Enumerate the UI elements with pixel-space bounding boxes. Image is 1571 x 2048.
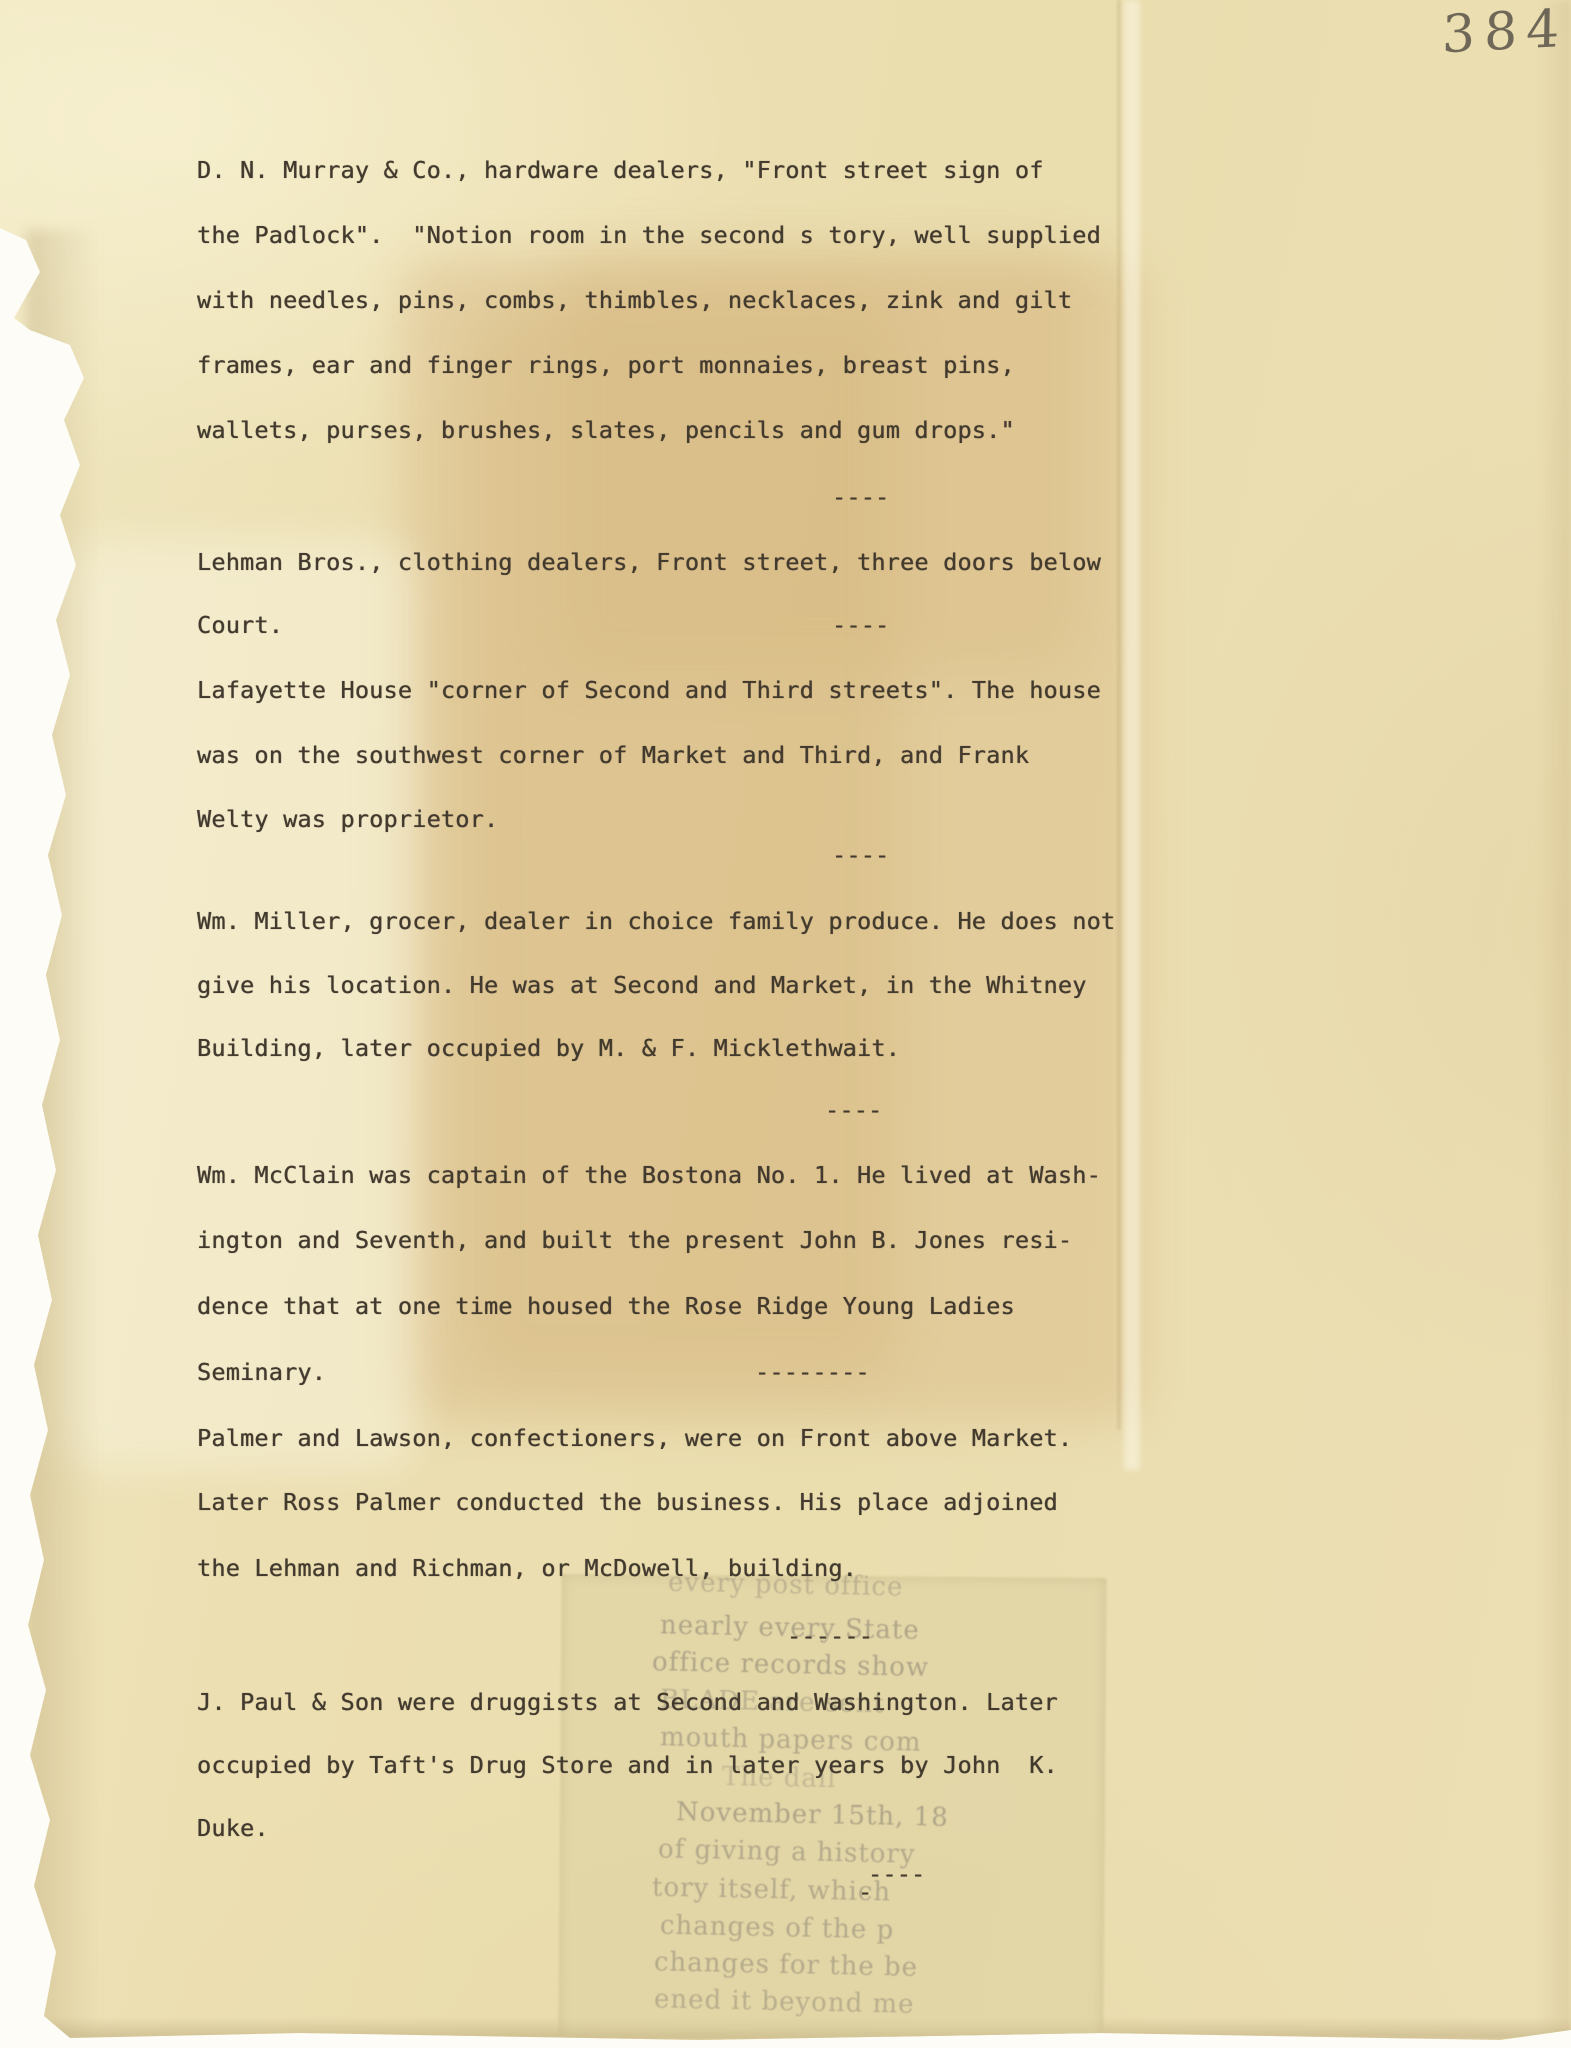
fold-crease — [1117, 0, 1121, 1430]
typed-line: ---- — [868, 1858, 925, 1890]
typed-line: Lehman Bros., clothing dealers, Front st… — [197, 546, 1101, 578]
typed-line: -------- — [755, 1356, 870, 1388]
typed-line: was on the southwest corner of Market an… — [197, 739, 1029, 771]
right-edge-shadow — [1538, 0, 1571, 2048]
typed-line: dence that at one time housed the Rose R… — [197, 1290, 1015, 1322]
ghost-text-line: ened it beyond me — [654, 1984, 915, 2019]
typed-line: Duke. — [197, 1812, 269, 1844]
ghost-text-line: changes of the p — [660, 1911, 895, 1946]
typed-line: Palmer and Lawson, confectioners, were o… — [197, 1422, 1072, 1454]
typed-line: Wm. Miller, grocer, dealer in choice fam… — [197, 905, 1115, 937]
bottom-edge-shadow — [40, 2018, 1571, 2040]
paper-sheet: every post officenearly every Stateoffic… — [0, 0, 1571, 2048]
typed-line: Lafayette House "corner of Second and Th… — [197, 674, 1101, 706]
typed-line: Court. — [197, 609, 283, 641]
ghost-text-line: November 15th, 18 — [676, 1797, 949, 1833]
typed-line: ington and Seventh, and built the presen… — [197, 1224, 1072, 1256]
typed-line: Seminary. — [197, 1356, 326, 1388]
typed-line: J. Paul & Son were druggists at Second a… — [197, 1686, 1058, 1718]
typed-line: the Lehman and Richman, or McDowell, bui… — [197, 1552, 857, 1584]
typed-line: Wm. McClain was captain of the Bostona N… — [197, 1159, 1101, 1191]
typed-line: Later Ross Palmer conducted the business… — [197, 1486, 1058, 1518]
typed-line: Building, later occupied by M. & F. Mick… — [197, 1032, 900, 1064]
scanned-document-page: { "page": { "number": "384", "paper_colo… — [0, 0, 1571, 2048]
typed-line: ---- — [832, 609, 889, 641]
fold-crease — [1124, 0, 1140, 1470]
typed-line: wallets, purses, brushes, slates, pencil… — [197, 414, 1015, 446]
typed-line: D. N. Murray & Co., hardware dealers, "F… — [197, 154, 1044, 186]
typed-line: occupied by Taft's Drug Store and in lat… — [197, 1749, 1058, 1781]
typed-line: frames, ear and finger rings, port monna… — [197, 349, 1015, 381]
typed-line: the Padlock". "Notion room in the second… — [197, 219, 1101, 251]
ghost-text-line: office records show — [652, 1647, 930, 1683]
typed-line: Welty was proprietor. — [197, 803, 498, 835]
typed-line: with needles, pins, combs, thimbles, nec… — [197, 284, 1072, 316]
typed-line: ---- — [825, 1094, 882, 1126]
ghost-text-line: tory itself, which — [652, 1872, 892, 1907]
typed-line: ---- — [832, 839, 889, 871]
typed-line: - — [858, 1876, 872, 1908]
typed-line: give his location. He was at Second and … — [197, 969, 1087, 1001]
torn-edge-shadow — [26, 230, 116, 2040]
page-number: 384 — [1442, 0, 1569, 65]
typed-line: ---- — [832, 481, 889, 513]
typed-line: ------ — [787, 1620, 873, 1652]
ghost-text-line: changes for the be — [654, 1947, 919, 1983]
